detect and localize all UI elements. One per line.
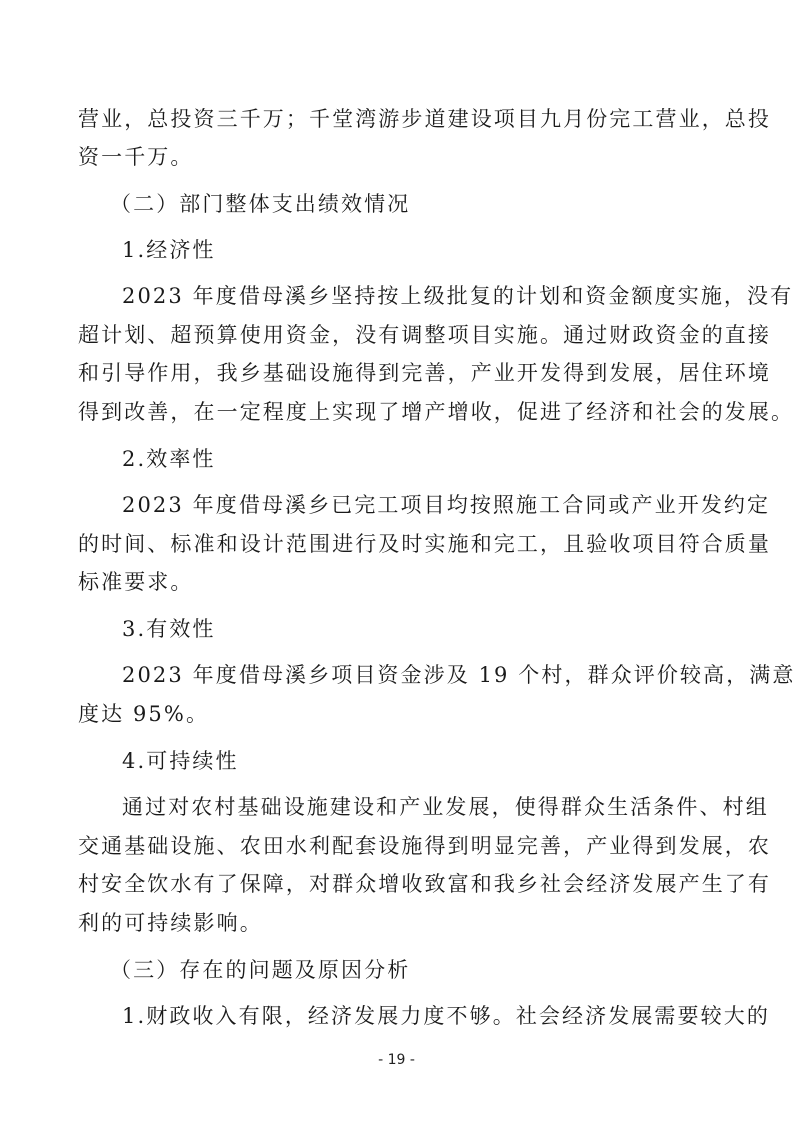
paragraph-line: 得到改善，在一定程度上实现了增产增收，促进了经济和社会的发展。: [78, 398, 718, 426]
paragraph-line: 通过对农村基础设施建设和产业发展，使得群众生活条件、村组: [122, 793, 718, 821]
paragraph-line: 2023 年度借母溪乡项目资金涉及 19 个村，群众评价较高，满意: [122, 661, 718, 689]
section-heading: （二）部门整体支出绩效情况: [110, 190, 706, 218]
paragraph-line: 2023 年度借母溪乡已完工项目均按照施工合同或产业开发约定: [122, 491, 718, 519]
paragraph-line: 和引导作用，我乡基础设施得到完善，产业开发得到发展，居住环境: [78, 359, 718, 387]
paragraph-line: 标准要求。: [78, 568, 718, 596]
document-page: 营业，总投资三千万；千堂湾游步道建设项目九月份完工营业，总投 资一千万。 （二）…: [0, 0, 793, 1122]
paragraph-line: 的时间、标准和设计范围进行及时实施和完工，且验收项目符合质量: [78, 530, 718, 558]
paragraph-line: 超计划、超预算使用资金，没有调整项目实施。通过财政资金的直接: [78, 321, 718, 349]
paragraph-line: 交通基础设施、农田水利配套设施得到明显完善，产业得到发展，农: [78, 832, 718, 860]
paragraph-line: 1.财政收入有限，经济发展力度不够。社会经济发展需要较大的: [122, 1002, 718, 1030]
paragraph-line: 2023 年度借母溪乡坚持按上级批复的计划和资金额度实施，没有: [122, 282, 718, 310]
paragraph-line: 村安全饮水有了保障，对群众增收致富和我乡社会经济发展产生了有: [78, 870, 718, 898]
paragraph-line: 资一千万。: [78, 143, 718, 171]
sub-heading: 2.效率性: [122, 445, 718, 473]
paragraph-line: 利的可持续影响。: [78, 909, 718, 937]
section-heading: （三）存在的问题及原因分析: [110, 956, 706, 984]
paragraph-line: 营业，总投资三千万；千堂湾游步道建设项目九月份完工营业，总投: [78, 105, 718, 133]
sub-heading: 3.有效性: [122, 615, 718, 643]
page-number: - 19 -: [0, 1052, 793, 1068]
sub-heading: 1.经济性: [122, 236, 718, 264]
paragraph-line: 度达 95%。: [78, 700, 718, 728]
sub-heading: 4.可持续性: [122, 747, 718, 775]
